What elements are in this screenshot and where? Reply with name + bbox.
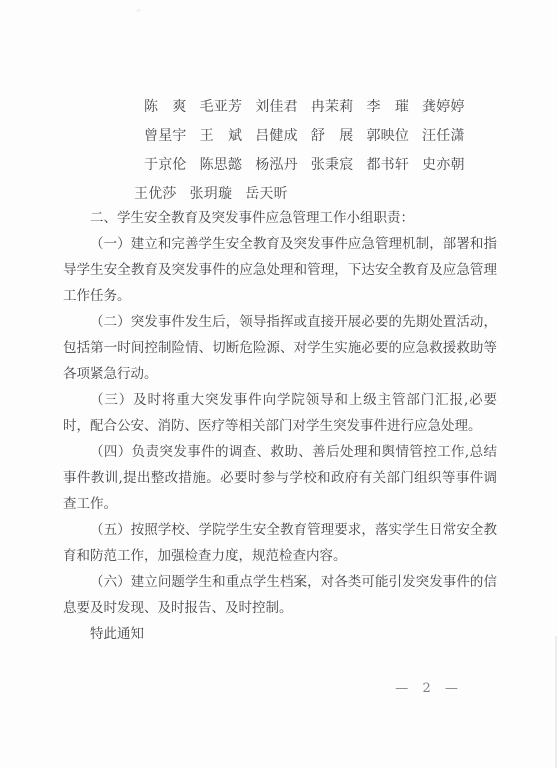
name-item: 刘佳君 [255, 93, 298, 122]
name-item: 李 璀 [366, 93, 409, 122]
names-row-2: 曾星宇 王 斌 吕健成 舒 展 郭映位 汪任潇 [144, 122, 558, 151]
document-body: 二、学生安全教育及突发事件应急管理工作小组职责： （一）建立和完善学生安全教育及… [0, 205, 558, 647]
duty-paragraph-1: （一）建立和完善学生安全教育及突发事件应急管理机制，部署和指导学生安全教育及突发… [63, 231, 497, 309]
scan-edge-artifact [555, 636, 557, 768]
name-item: 冉茉莉 [311, 93, 354, 122]
name-item: 陈思懿 [200, 151, 243, 180]
duty-paragraph-6: （六）建立问题学生和重点学生档案，对各类可能引发突发事件的信息要及时发现、及时报… [63, 569, 497, 621]
names-row-1: 陈 爽 毛亚芳 刘佳君 冉茉莉 李 璀 龚婷婷 [144, 93, 558, 122]
scan-dot-artifact [136, 9, 141, 12]
name-item: 陈 爽 [144, 93, 187, 122]
document-page: 陈 爽 毛亚芳 刘佳君 冉茉莉 李 璀 龚婷婷 曾星宇 王 斌 吕健成 舒 展 … [0, 0, 558, 768]
closing-note: 特此通知 [63, 621, 497, 647]
name-item: 郭映位 [366, 122, 409, 151]
name-item: 曾星宇 [144, 122, 187, 151]
duty-paragraph-2: （二）突发事件发生后，领导指挥或直接开展必要的先期处置活动，包括第一时间控制险情… [63, 309, 497, 387]
names-row-3: 于京伦 陈思懿 杨泓丹 张秉宸 都书轩 史亦朝 [144, 151, 558, 180]
page-number: — 2 — [395, 681, 460, 696]
duty-paragraph-5: （五）按照学校、学院学生安全教育管理要求，落实学生日常安全教育和防范工作，加强检… [63, 517, 497, 569]
name-item: 吕健成 [255, 122, 298, 151]
name-item: 舒 展 [311, 122, 354, 151]
name-item: 张秉宸 [311, 151, 354, 180]
name-item: 杨泓丹 [255, 151, 298, 180]
duty-paragraph-3: （三）及时将重大突发事件向学院领导和上级主管部门汇报,必要时，配合公安、消防、医… [63, 387, 497, 439]
name-item: 王 斌 [200, 122, 243, 151]
section-heading: 二、学生安全教育及突发事件应急管理工作小组职责： [63, 205, 497, 231]
duty-paragraph-4: （四）负责突发事件的调查、救助、善后处理和舆情管控工作,总结事件教训,提出整改措… [63, 439, 497, 517]
names-block: 陈 爽 毛亚芳 刘佳君 冉茉莉 李 璀 龚婷婷 曾星宇 王 斌 吕健成 舒 展 … [0, 0, 558, 209]
name-item: 毛亚芳 [200, 93, 243, 122]
name-item: 汪任潇 [422, 122, 465, 151]
name-item: 史亦朝 [422, 151, 465, 180]
name-item: 龚婷婷 [422, 93, 465, 122]
name-item: 于京伦 [144, 151, 187, 180]
name-item: 都书轩 [366, 151, 409, 180]
